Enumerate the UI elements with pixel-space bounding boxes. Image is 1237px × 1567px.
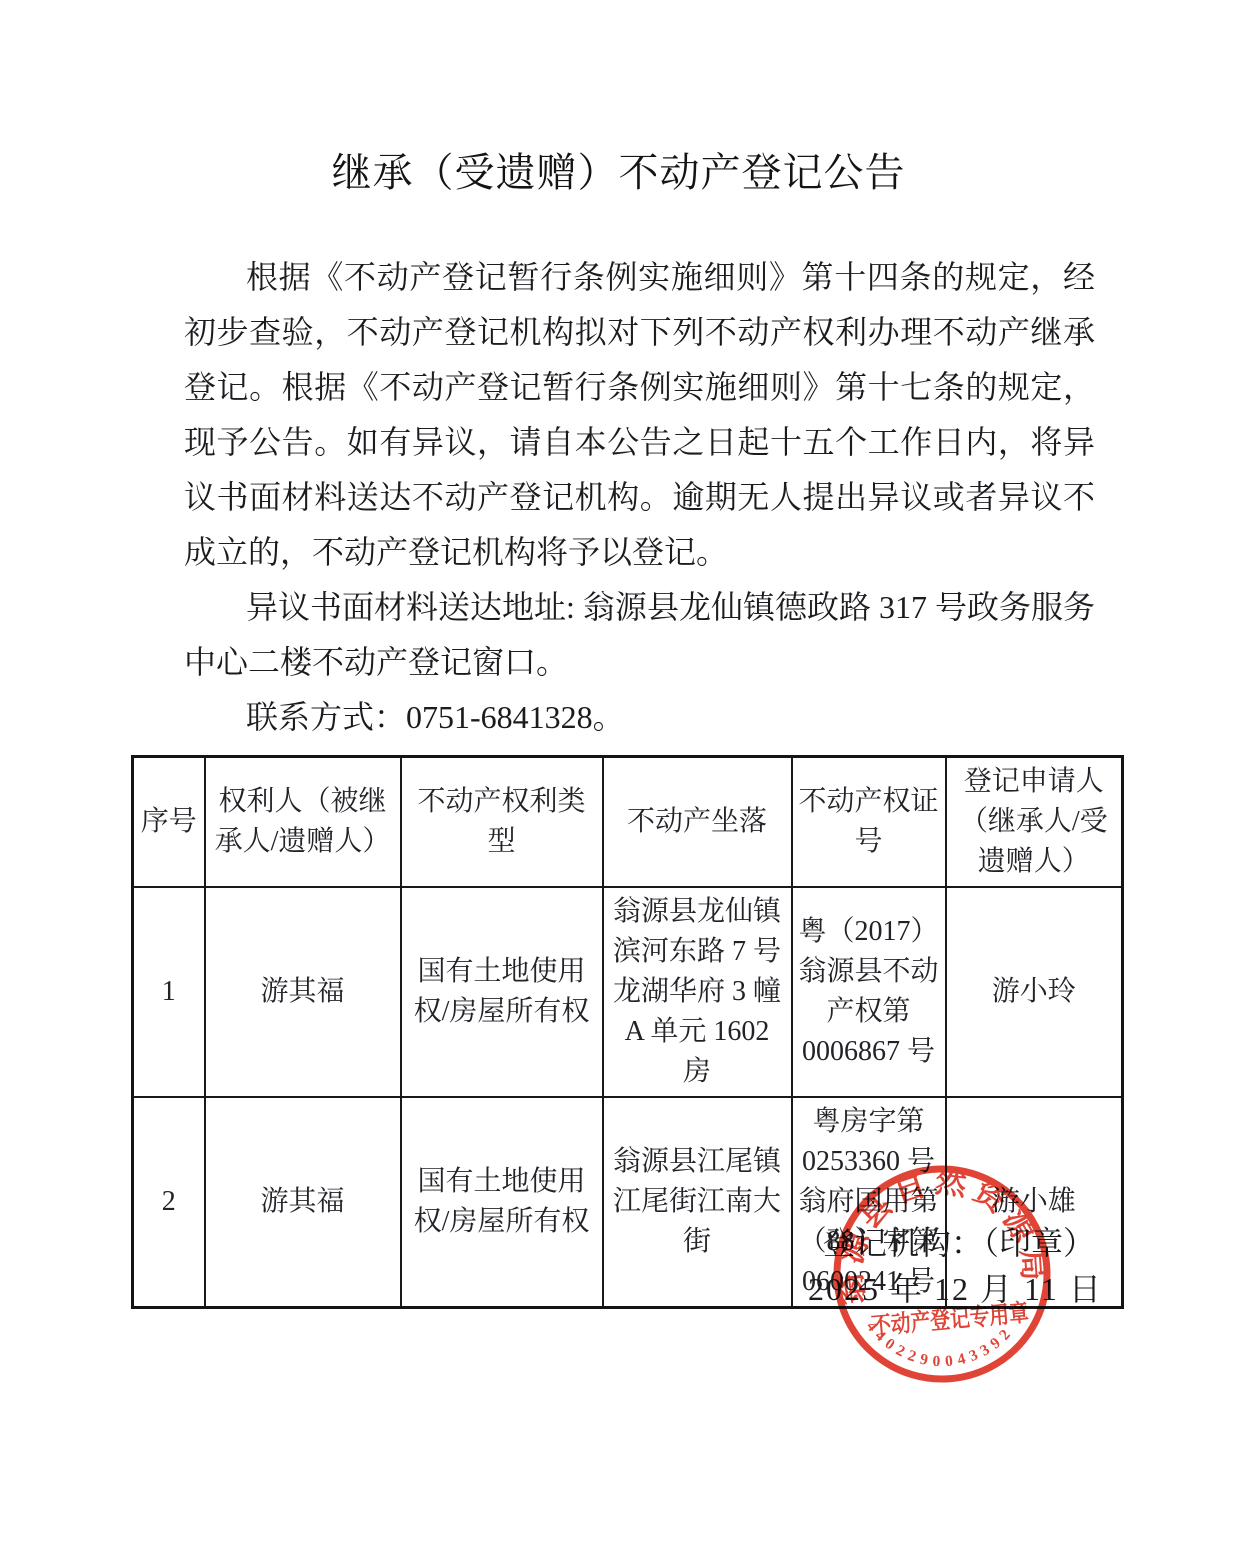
col-header-cert-no: 不动产权证号 [792, 757, 946, 888]
cell-rightholder: 游其福 [205, 887, 401, 1097]
cell-applicant: 游小玲 [946, 887, 1123, 1097]
table-header-row: 序号 权利人（被继承人/遗赠人） 不动产权利类型 不动产坐落 不动产权证号 登记… [133, 757, 1123, 888]
svg-text:翁源县自然资源局: 翁源县自然资源局 [823, 1155, 1053, 1307]
paragraph-regulation: 根据《不动产登记暂行条例实施细则》第十四条的规定，经初步查验，不动产登记机构拟对… [184, 250, 1095, 580]
cell-seq: 1 [133, 887, 205, 1097]
col-header-right-type: 不动产权利类型 [401, 757, 603, 888]
cell-right-type: 国有土地使用权/房屋所有权 [401, 1097, 603, 1308]
cell-rightholder: 游其福 [205, 1097, 401, 1308]
table-row: 1 游其福 国有土地使用权/房屋所有权 翁源县龙仙镇滨河东路 7 号龙湖华府 3… [133, 887, 1123, 1097]
document-page: 继承（受遗赠）不动产登记公告 根据《不动产登记暂行条例实施细则》第十四条的规定，… [0, 0, 1237, 1567]
col-header-applicant: 登记申请人（继承人/受遗赠人） [946, 757, 1123, 888]
announcement-body: 根据《不动产登记暂行条例实施细则》第十四条的规定，经初步查验，不动产登记机构拟对… [184, 250, 1095, 745]
cell-seq: 2 [133, 1097, 205, 1308]
cell-right-type: 国有土地使用权/房屋所有权 [401, 887, 603, 1097]
col-header-location: 不动产坐落 [603, 757, 792, 888]
paragraph-contact: 联系方式：0751-6841328。 [184, 690, 1095, 745]
page-title: 继承（受遗赠）不动产登记公告 [0, 148, 1237, 198]
col-header-seq: 序号 [133, 757, 205, 888]
cell-cert-no: 粤（2017）翁源县不动产权第 0006867 号 [792, 887, 946, 1097]
official-red-stamp: 翁源县自然资源局 不动产登记专用章 4402290043392 [810, 1142, 1074, 1406]
col-header-rightholder: 权利人（被继承人/遗赠人） [205, 757, 401, 888]
paragraph-address: 异议书面材料送达地址: 翁源县龙仙镇德政路 317 号政务服务中心二楼不动产登记… [184, 580, 1095, 690]
stamp-ring-text: 翁源县自然资源局 [823, 1155, 1053, 1307]
cell-location: 翁源县江尾镇江尾街江南大街 [603, 1097, 792, 1308]
cell-location: 翁源县龙仙镇滨河东路 7 号龙湖华府 3 幢 A 单元 1602 房 [603, 887, 792, 1097]
